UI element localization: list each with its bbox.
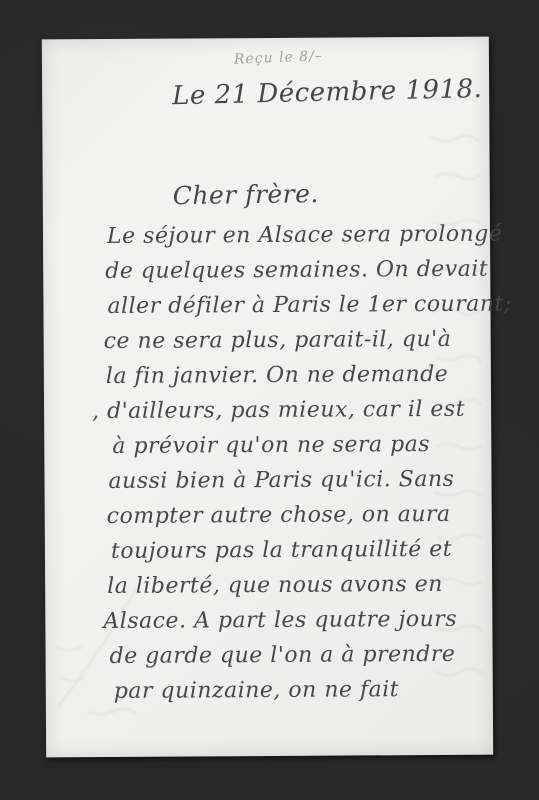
letter-line: Le séjour en Alsace sera prolongé <box>107 217 481 254</box>
scan-background: Reçu le 8/– Le 21 Décembre 1918. Cher fr… <box>0 0 539 800</box>
letter-page: Reçu le 8/– Le 21 Décembre 1918. Cher fr… <box>42 37 493 758</box>
letter-line: la liberté, que nous avons en <box>107 567 483 604</box>
letter-line: de quelques semaines. On devait <box>105 252 481 289</box>
letter-line: par quinzaine, on ne fait <box>114 672 484 709</box>
letter-line: de garde que l'on a à prendre <box>109 637 483 674</box>
letter-line: toujours pas la tranquillité et <box>111 532 483 569</box>
letter-line: aussi bien à Paris qu'ici. Sans <box>108 462 482 499</box>
letter-date: Le 21 Décembre 1918. <box>172 74 483 111</box>
letter-line: Alsace. A part les quatre jours <box>103 602 483 639</box>
letter-line: , d'ailleurs, pas mieux, car il est <box>92 392 482 429</box>
letter-body: Le séjour en Alsace sera prolongé de que… <box>91 217 484 709</box>
archival-pencil-note: Reçu le 8/– <box>234 48 324 68</box>
letter-line: à prévoir qu'on ne sera pas <box>112 427 482 464</box>
letter-line: compter autre chose, on aura <box>107 497 483 534</box>
letter-salutation: Cher frère. <box>173 179 320 210</box>
letter-line: la fin janvier. On ne demande <box>106 357 482 394</box>
letter-line: ce ne sera plus, parait-il, qu'à <box>104 322 482 359</box>
letter-line: aller défiler à Paris le 1er courant; <box>107 287 481 324</box>
